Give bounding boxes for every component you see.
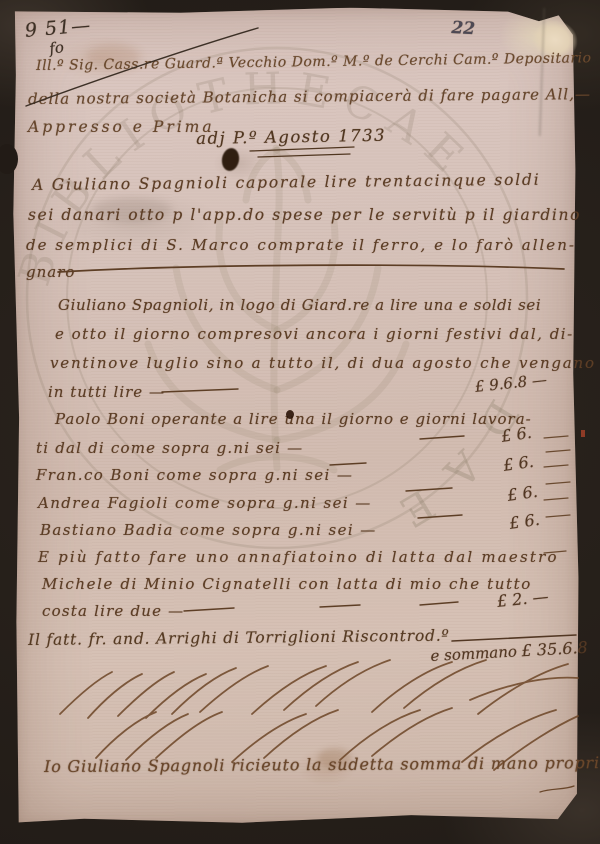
ledger-dashes	[162, 389, 464, 611]
signature-flourishes	[60, 660, 578, 770]
border-red-mark	[581, 430, 585, 437]
receipt-end-dash	[540, 786, 574, 792]
ink-blot-small	[286, 410, 294, 419]
pen-strokes-layer	[0, 0, 600, 844]
date-underline	[250, 147, 354, 157]
scanned-manuscript-photo: BIBLIOTHECAE DAE 9 51— fo 22 Ill.º Sig. …	[0, 0, 600, 844]
total-overline	[452, 635, 576, 641]
paragraph-rule	[58, 265, 564, 272]
archival-flourish-stroke	[26, 28, 258, 106]
margin-dashes	[544, 436, 570, 553]
